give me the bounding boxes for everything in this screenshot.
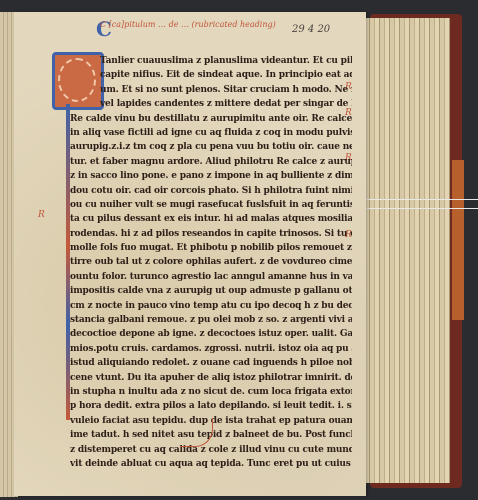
text-line: cene vtunt. Du ita apuher de aliq istoz … — [70, 371, 352, 385]
text-line: z distemperet cu aq calida z cole z illu… — [70, 443, 352, 457]
text-line: ountu folor. turunco agrestio lac anngul… — [70, 270, 352, 284]
folio-number: 29 4 20 — [292, 24, 330, 35]
fore-edge-pages — [360, 18, 450, 483]
text-line: p hora dedit. extra pilos a lato depilan… — [70, 399, 352, 413]
text-line: vel lapides candentes z mittere dedat pe… — [100, 97, 352, 111]
text-line: dou cotu oir. cad oir corcois phato. Si … — [70, 184, 352, 198]
text-line: mios.potu cruis. cardamos. zgrossi. nutr… — [70, 342, 352, 356]
bookmark-string — [356, 199, 478, 209]
text-line: um. Et si no sunt plenos. Sitar cruciam … — [100, 83, 352, 97]
margin-mark: R — [38, 210, 45, 220]
rubric-heading: C [ca]pitulum … de … (rubricated heading… — [100, 20, 276, 29]
text-line: capite nifius. Eit de sindeat aque. In p… — [100, 68, 352, 82]
text-line: impositis calde vna z aurupig ut oup adm… — [70, 284, 352, 298]
manuscript-text: Tanlier cuauuslima z planuslima videantu… — [100, 54, 352, 471]
text-line: molle fols fuo mugat. Et phibotu p nobil… — [70, 241, 352, 255]
initial-filigree — [58, 58, 96, 102]
text-line: tur. et faber magnu ardore. Aliud philot… — [70, 155, 352, 169]
text-line: in stupha n inultu ada z no sicut de. cu… — [70, 385, 352, 399]
text-line: stancia galbani remoue. z pu olei mob z … — [70, 313, 352, 327]
text-line: cm z nocte in pauco vino temp atu cu ipo… — [70, 299, 352, 313]
text-line: rodendas. hi z ad pilos reseandos in cap… — [70, 227, 352, 241]
text-line: z in sacco lino pone. e pano z impone in… — [70, 169, 352, 183]
cover-turn-in — [452, 160, 464, 320]
text-line: vit deinde abluat cu aqua aq tepida. Tun… — [70, 457, 352, 471]
text-line: istud aliquiando redolet. z ouane cad in… — [70, 356, 352, 370]
text-line: in aliq vase fictili ad igne cu aq fluid… — [70, 126, 352, 140]
text-line: decoctioe depone ab igne. z decoctoes is… — [70, 327, 352, 341]
text-line: Re calde vinu bu destillatu z aurupimitu… — [70, 112, 352, 126]
text-line: tirre oub tal ut z colore ophilas aufert… — [70, 255, 352, 269]
text-line: ta cu pilus dessant ex eis intur. hi ad … — [70, 212, 352, 226]
text-line: ou cu nuiher vult se mugi rasefucat fusl… — [70, 198, 352, 212]
text-line: aurupig.z.i.z tm coq z pla cu pena vuu b… — [70, 140, 352, 154]
text-line: Tanlier cuauuslima z planuslima videantu… — [100, 54, 352, 68]
